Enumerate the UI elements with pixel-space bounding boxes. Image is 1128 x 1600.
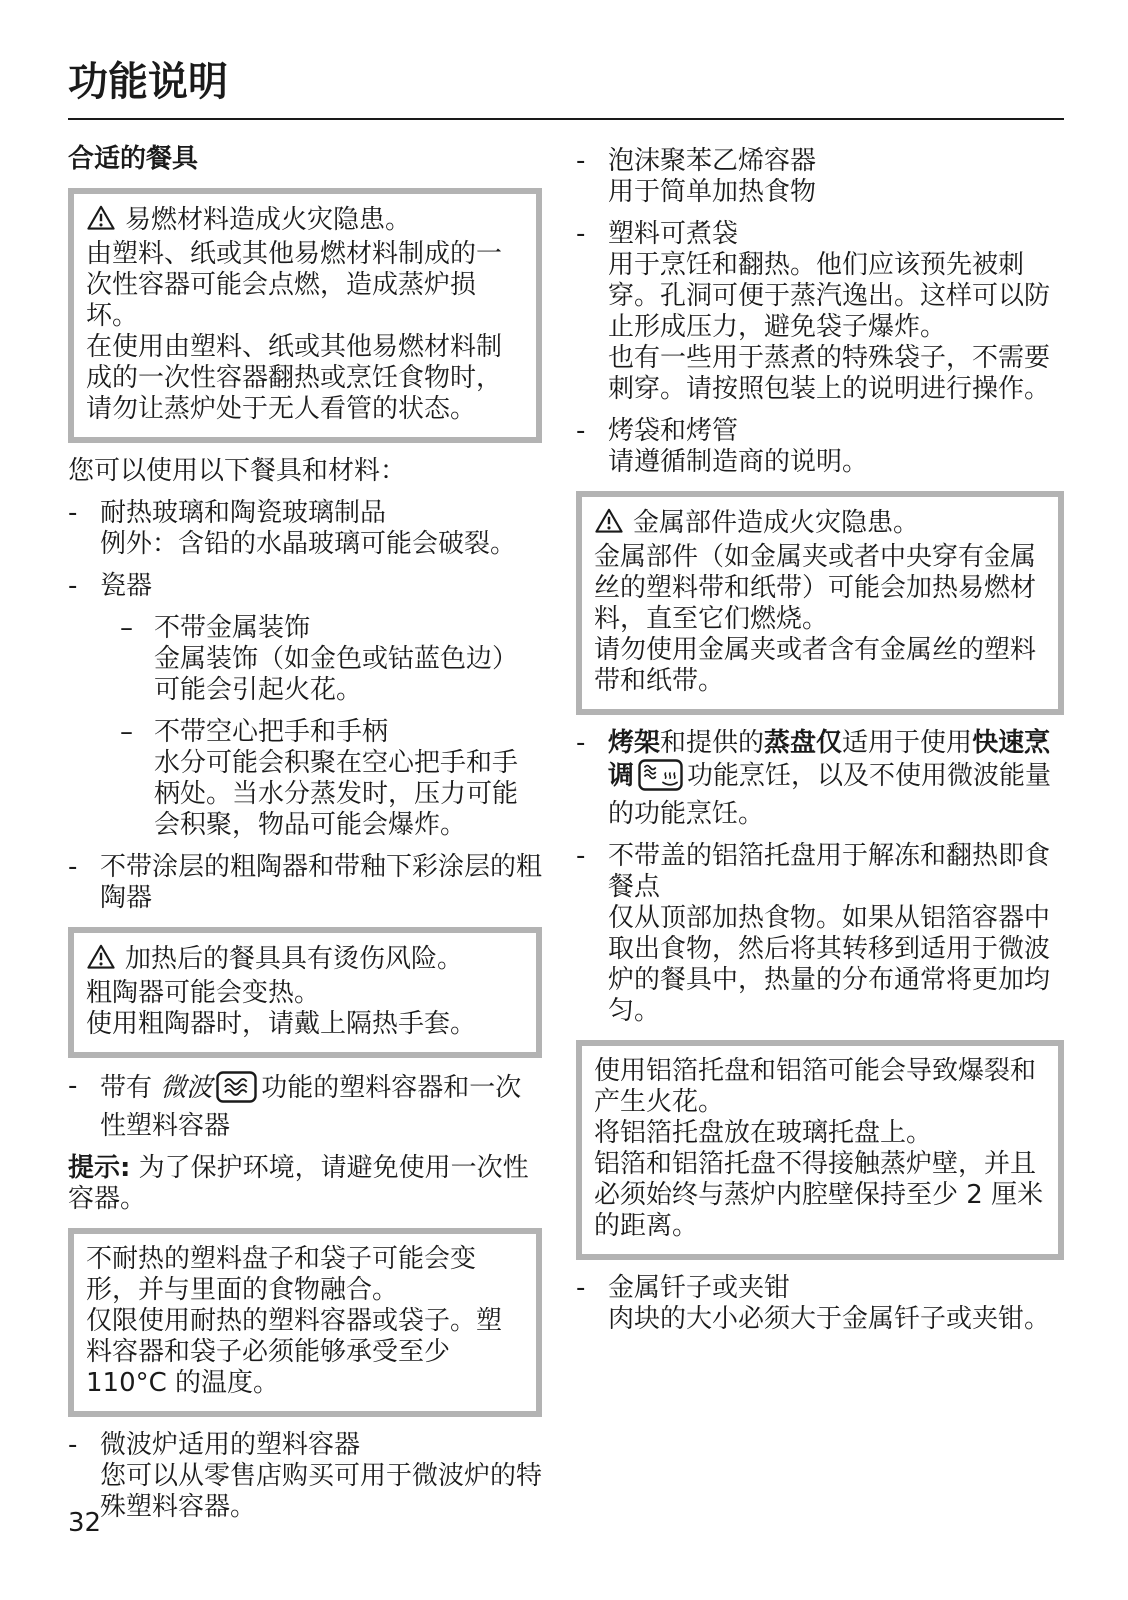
list-dash: - (576, 728, 608, 830)
list-item-line: 烤袋和烤管 (608, 416, 1064, 447)
intro-text: 您可以使用以下餐具和材料： (68, 456, 542, 487)
page-title: 功能说明 (68, 58, 1064, 106)
warning-title: 加热后的餐具具有烫伤风险。 (125, 944, 463, 974)
function-name: 微波 (160, 1073, 212, 1103)
list-item-line: 您可以从零售店购买可用于微波炉的特殊塑料容器。 (100, 1461, 542, 1523)
list-item-line: 也有一些用于蒸煮的特殊袋子，不需要刺穿。请按照包装上的说明进行操作。 (608, 343, 1064, 405)
warning-title: 易燃材料造成火灾隐患。 (125, 205, 411, 235)
warning-title: 金属部件造成火灾隐患。 (633, 508, 919, 538)
manual-page: 功能说明 合适的餐具 易燃材料造成火灾隐患。 由塑料、纸或其他易燃材料制成的一次… (0, 0, 1128, 1600)
tip-label: 提示: (68, 1153, 130, 1183)
list-dash: - (68, 852, 100, 914)
list-item-boil-bag: - 塑料可煮袋 用于烹饪和翻热。他们应该预先被刺穿。孔洞可便于蒸汽逸出。这样可以… (576, 219, 1064, 405)
warning-icon (86, 943, 116, 978)
list-item-line: 塑料可煮袋 (608, 219, 1064, 250)
list-item-line: 用于简单加热食物 (608, 177, 1064, 208)
sub-list-content: 不带空心把手和手柄 水分可能会积聚在空心把手和手柄处。当水分蒸发时，压力可能会积… (154, 717, 542, 841)
list-item-content: 烤袋和烤管 请遵循制造商的说明。 (608, 416, 1064, 478)
list-dash: - (576, 219, 608, 405)
warning-icon (594, 507, 624, 542)
list-item-content: 泡沫聚苯乙烯容器 用于简单加热食物 (608, 146, 1064, 208)
note-text: 铝箔和铝箔托盘不得接触蒸炉壁，并且必须始终与蒸炉内腔壁保持至少 2 厘米的距离。 (594, 1149, 1046, 1242)
list-item-microwave-plastic: - 微波炉适用的塑料容器 您可以从零售店购买可用于微波炉的特殊塑料容器。 (68, 1430, 542, 1523)
list-item-line: 微波炉适用的塑料容器 (100, 1430, 542, 1461)
warning-text: 由塑料、纸或其他易燃材料制成的一次性容器可能会点燃，造成蒸炉损坏。 (86, 239, 524, 332)
note-text: 使用铝箔托盘和铝箔可能会导致爆裂和产生火花。 (594, 1056, 1046, 1118)
warning-text: 请勿使用金属夹或者含有金属丝的塑料带和纸带。 (594, 635, 1046, 697)
sub-list-item-no-hollow-handles: – 不带空心把手和手柄 水分可能会积聚在空心把手和手柄处。当水分蒸发时，压力可能… (120, 717, 542, 841)
list-item-porcelain: - 瓷器 – 不带金属装饰 金属装饰（如金色或钴蓝色边）可能会引起火花。 – 不… (68, 571, 542, 841)
list-item-roasting-bag: - 烤袋和烤管 请遵循制造商的说明。 (576, 416, 1064, 478)
list-dash: - (576, 841, 608, 1027)
list-item-foil-tray: - 不带盖的铝箔托盘用于解冻和翻热即食餐点 仅从顶部加热食物。如果从铝箔容器中取… (576, 841, 1064, 1027)
list-dash: - (68, 1071, 100, 1142)
list-item-glass: - 耐热玻璃和陶瓷玻璃制品 例外：含铅的水晶玻璃可能会破裂。 (68, 498, 542, 560)
warning-text: 金属部件（如金属夹或者中央穿有金属丝的塑料带和纸带）可能会加热易燃材料，直至它们… (594, 542, 1046, 635)
list-item-text: 适用于使用 (842, 728, 972, 758)
warning-box-burn-risk: 加热后的餐具具有烫伤风险。 粗陶器可能会变热。 使用粗陶器时，请戴上隔热手套。 (68, 927, 542, 1058)
tip-text: 为了保护环境，请避免使用一次性容器。 (68, 1153, 529, 1214)
warning-box-title-row: 易燃材料造成火灾隐患。 (86, 204, 524, 239)
list-item-text: 带有 (100, 1073, 160, 1103)
microwave-function-icon (216, 1071, 257, 1111)
list-item-line: 耐热玻璃和陶瓷玻璃制品 (100, 498, 542, 529)
warning-box-title-row: 加热后的餐具具有烫伤风险。 (86, 943, 524, 978)
sub-list-line: 金属装饰（如金色或钴蓝色边）可能会引起火花。 (154, 644, 542, 706)
sub-list-dash: – (120, 717, 154, 841)
list-item-line: 不带盖的铝箔托盘用于解冻和翻热即食餐点 (608, 841, 1064, 903)
sub-list-dash: – (120, 613, 154, 706)
quick-cooking-function-icon (638, 759, 683, 799)
warning-icon (86, 204, 116, 239)
warning-box-flammable: 易燃材料造成火灾隐患。 由塑料、纸或其他易燃材料制成的一次性容器可能会点燃，造成… (68, 188, 542, 443)
list-item-rack-steam-tray: - 烤架和提供的蒸盘仅适用于使用快速烹调功能烹饪，以及不使用微波能量的功能烹饪。 (576, 728, 1064, 830)
list-item-line: 请遵循制造商的说明。 (608, 447, 1064, 478)
list-item-content: 金属钎子或夹钳 肉块的大小必须大于金属钎子或夹钳。 (608, 1273, 1064, 1335)
list-dash: - (576, 146, 608, 208)
list-item-content: 瓷器 – 不带金属装饰 金属装饰（如金色或钴蓝色边）可能会引起火花。 – 不带空… (100, 571, 542, 841)
left-column: 合适的餐具 易燃材料造成火灾隐患。 由塑料、纸或其他易燃材料制成的一次性容器可能… (68, 144, 542, 1523)
note-box-heat-resistant: 不耐热的塑料盘子和袋子可能会变形，并与里面的食物融合。 仅限使用耐热的塑料容器或… (68, 1228, 542, 1417)
list-item-line: 泡沫聚苯乙烯容器 (608, 146, 1064, 177)
title-divider (68, 118, 1064, 120)
bold-term: 蒸盘仅 (764, 728, 842, 758)
list-item-content: 耐热玻璃和陶瓷玻璃制品 例外：含铅的水晶玻璃可能会破裂。 (100, 498, 542, 560)
list-item-line: 肉块的大小必须大于金属钎子或夹钳。 (608, 1304, 1064, 1335)
list-item-content: 不带盖的铝箔托盘用于解冻和翻热即食餐点 仅从顶部加热食物。如果从铝箔容器中取出食… (608, 841, 1064, 1027)
list-item-content: 塑料可煮袋 用于烹饪和翻热。他们应该预先被刺穿。孔洞可便于蒸汽逸出。这样可以防止… (608, 219, 1064, 405)
list-dash: - (68, 571, 100, 841)
note-text: 仅限使用耐热的塑料容器或袋子。塑料容器和袋子必须能够承受至少 110°C 的温度… (86, 1306, 524, 1399)
list-dash: - (576, 416, 608, 478)
warning-text: 在使用由塑料、纸或其他易燃材料制成的一次性容器翻热或烹饪食物时，请勿让蒸炉处于无… (86, 332, 524, 425)
list-item-line: 瓷器 (100, 571, 542, 602)
list-item-line: 用于烹饪和翻热。他们应该预先被刺穿。孔洞可便于蒸汽逸出。这样可以防止形成压力，避… (608, 250, 1064, 343)
sub-list-line: 水分可能会积聚在空心把手和手柄处。当水分蒸发时，压力可能会积聚，物品可能会爆炸。 (154, 748, 542, 841)
list-item-plastic-microwave: - 带有 微波功能的塑料容器和一次性塑料容器 (68, 1071, 542, 1142)
section-heading: 合适的餐具 (68, 144, 542, 175)
list-dash: - (68, 498, 100, 560)
list-item-text: 和提供的 (660, 728, 764, 758)
list-item-line: 仅从顶部加热食物。如果从铝箔容器中取出食物，然后将其转移到适用于微波炉的餐具中，… (608, 903, 1064, 1027)
sub-list-line: 不带空心把手和手柄 (154, 717, 542, 748)
two-column-layout: 合适的餐具 易燃材料造成火灾隐患。 由塑料、纸或其他易燃材料制成的一次性容器可能… (68, 144, 1064, 1523)
warning-text: 粗陶器可能会变热。 (86, 978, 524, 1009)
sub-list-line: 不带金属装饰 (154, 613, 542, 644)
bold-term: 烤架 (608, 728, 660, 758)
list-item-stoneware: - 不带涂层的粗陶器和带釉下彩涂层的粗陶器 (68, 852, 542, 914)
note-box-foil: 使用铝箔托盘和铝箔可能会导致爆裂和产生火花。 将铝箔托盘放在玻璃托盘上。 铝箔和… (576, 1040, 1064, 1260)
list-item-line: 例外：含铅的水晶玻璃可能会破裂。 (100, 529, 542, 560)
right-column: - 泡沫聚苯乙烯容器 用于简单加热食物 - 塑料可煮袋 用于烹饪和翻热。他们应该… (576, 144, 1064, 1523)
sub-list-item-no-metal: – 不带金属装饰 金属装饰（如金色或钴蓝色边）可能会引起火花。 (120, 613, 542, 706)
list-item-line: 金属钎子或夹钳 (608, 1273, 1064, 1304)
list-item-metal-skewers: - 金属钎子或夹钳 肉块的大小必须大于金属钎子或夹钳。 (576, 1273, 1064, 1335)
page-number: 32 (68, 1508, 101, 1539)
list-item-content: 不带涂层的粗陶器和带釉下彩涂层的粗陶器 (100, 852, 542, 914)
warning-text: 使用粗陶器时，请戴上隔热手套。 (86, 1009, 524, 1040)
sub-list-content: 不带金属装饰 金属装饰（如金色或钴蓝色边）可能会引起火花。 (154, 613, 542, 706)
list-item-content: 烤架和提供的蒸盘仅适用于使用快速烹调功能烹饪，以及不使用微波能量的功能烹饪。 (608, 728, 1064, 830)
note-text: 不耐热的塑料盘子和袋子可能会变形，并与里面的食物融合。 (86, 1244, 524, 1306)
warning-box-metal-parts: 金属部件造成火灾隐患。 金属部件（如金属夹或者中央穿有金属丝的塑料带和纸带）可能… (576, 491, 1064, 715)
list-item-content: 微波炉适用的塑料容器 您可以从零售店购买可用于微波炉的特殊塑料容器。 (100, 1430, 542, 1523)
list-item-content: 带有 微波功能的塑料容器和一次性塑料容器 (100, 1071, 542, 1142)
note-text: 将铝箔托盘放在玻璃托盘上。 (594, 1118, 1046, 1149)
tip-paragraph: 提示: 为了保护环境，请避免使用一次性容器。 (68, 1153, 542, 1215)
list-dash: - (576, 1273, 608, 1335)
list-item-styrofoam: - 泡沫聚苯乙烯容器 用于简单加热食物 (576, 146, 1064, 208)
warning-box-title-row: 金属部件造成火灾隐患。 (594, 507, 1046, 542)
